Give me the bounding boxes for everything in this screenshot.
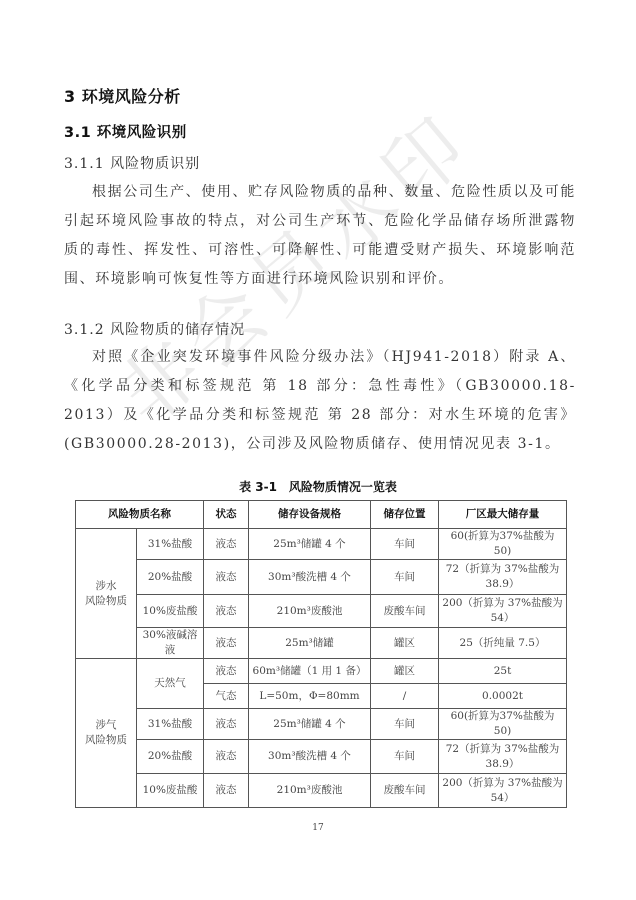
state-cell: 液态 bbox=[204, 628, 249, 659]
subsection-heading-1: 3.1.1 风险物质识别 bbox=[64, 153, 200, 173]
state-cell: 液态 bbox=[204, 659, 249, 684]
spec-cell: 210m³废酸池 bbox=[249, 595, 371, 628]
header-spec: 储存设备规格 bbox=[249, 501, 371, 529]
substance-cell: 10%废盐酸 bbox=[137, 595, 204, 628]
table-row: 20%盐酸 液态 30m³酸洗槽 4 个 车间 72（折算为 37%盐酸为 38… bbox=[76, 740, 567, 774]
max-storage-cell: 72（折算为 37%盐酸为 38.9） bbox=[439, 740, 567, 774]
table-row: 涉水 风险物质 31%盐酸 液态 25m³储罐 4 个 车间 60(折算为37%… bbox=[76, 529, 567, 560]
spec-cell: 210m³废酸池 bbox=[249, 774, 371, 808]
table-header-row: 风险物质名称 状态 储存设备规格 储存位置 厂区最大储存量 bbox=[76, 501, 567, 529]
state-cell: 气态 bbox=[204, 684, 249, 709]
table-row: 30%液碱溶液 液态 25m³储罐 罐区 25（折纯量 7.5） bbox=[76, 628, 567, 659]
category-cell: 涉水 风险物质 bbox=[76, 529, 137, 659]
max-storage-cell: 60(折算为37%盐酸为 50) bbox=[439, 709, 567, 740]
substance-cell: 10%废盐酸 bbox=[137, 774, 204, 808]
state-cell: 液态 bbox=[204, 774, 249, 808]
location-cell: 车间 bbox=[371, 740, 439, 774]
table-row: 31%盐酸 液态 25m³储罐 4 个 车间 60(折算为37%盐酸为 50) bbox=[76, 709, 567, 740]
location-cell: 车间 bbox=[371, 529, 439, 560]
spec-cell: 30m³酸洗槽 4 个 bbox=[249, 560, 371, 595]
header-substance: 风险物质名称 bbox=[76, 501, 204, 529]
location-cell: 车间 bbox=[371, 709, 439, 740]
location-cell: 罐区 bbox=[371, 628, 439, 659]
substance-cell: 天然气 bbox=[137, 659, 204, 709]
location-cell: 废酸车间 bbox=[371, 774, 439, 808]
substance-cell: 31%盐酸 bbox=[137, 709, 204, 740]
max-storage-cell: 200（折算为 37%盐酸为 54） bbox=[439, 595, 567, 628]
paragraph-storage: 对照《企业突发环境事件风险分级办法》（HJ941-2018）附录 A、《化学品分… bbox=[64, 343, 576, 459]
header-location: 储存位置 bbox=[371, 501, 439, 529]
max-storage-cell: 25t bbox=[439, 659, 567, 684]
section-heading: 3.1 环境风险识别 bbox=[64, 121, 187, 142]
header-state: 状态 bbox=[204, 501, 249, 529]
category-cell: 涉气 风险物质 bbox=[76, 659, 137, 808]
max-storage-cell: 200（折算为 37%盐酸为 54） bbox=[439, 774, 567, 808]
chapter-heading: 3 环境风险分析 bbox=[64, 84, 181, 107]
location-cell: / bbox=[371, 684, 439, 709]
paragraph-risk-identification: 根据公司生产、使用、贮存风险物质的品种、数量、危险性质以及可能引起环境风险事故的… bbox=[64, 178, 576, 294]
substance-cell: 30%液碱溶液 bbox=[137, 628, 204, 659]
header-max-storage: 厂区最大储存量 bbox=[439, 501, 567, 529]
max-storage-cell: 72（折算为 37%盐酸为 38.9） bbox=[439, 560, 567, 595]
location-cell: 车间 bbox=[371, 560, 439, 595]
state-cell: 液态 bbox=[204, 595, 249, 628]
risk-substance-table: 风险物质名称 状态 储存设备规格 储存位置 厂区最大储存量 涉水 风险物质 31… bbox=[75, 500, 567, 808]
table-row: 10%废盐酸 液态 210m³废酸池 废酸车间 200（折算为 37%盐酸为 5… bbox=[76, 774, 567, 808]
spec-cell: 25m³储罐 bbox=[249, 628, 371, 659]
state-cell: 液态 bbox=[204, 740, 249, 774]
max-storage-cell: 0.0002t bbox=[439, 684, 567, 709]
document-page: 非会员水印 3 环境风险分析 3.1 环境风险识别 3.1.1 风险物质识别 根… bbox=[0, 0, 636, 900]
substance-cell: 20%盐酸 bbox=[137, 740, 204, 774]
substance-cell: 31%盐酸 bbox=[137, 529, 204, 560]
subsection-heading-2: 3.1.2 风险物质的储存情况 bbox=[64, 319, 245, 339]
spec-cell: 25m³储罐 4 个 bbox=[249, 529, 371, 560]
max-storage-cell: 25（折纯量 7.5） bbox=[439, 628, 567, 659]
table-row: 10%废盐酸 液态 210m³废酸池 废酸车间 200（折算为 37%盐酸为 5… bbox=[76, 595, 567, 628]
location-cell: 废酸车间 bbox=[371, 595, 439, 628]
state-cell: 液态 bbox=[204, 560, 249, 595]
spec-cell: 60m³储罐（1 用 1 备） bbox=[249, 659, 371, 684]
spec-cell: 25m³储罐 4 个 bbox=[249, 709, 371, 740]
state-cell: 液态 bbox=[204, 529, 249, 560]
table-row: 20%盐酸 液态 30m³酸洗槽 4 个 车间 72（折算为 37%盐酸为 38… bbox=[76, 560, 567, 595]
page-number: 17 bbox=[0, 823, 636, 833]
location-cell: 罐区 bbox=[371, 659, 439, 684]
substance-cell: 20%盐酸 bbox=[137, 560, 204, 595]
spec-cell: L=50m，Φ=80mm bbox=[249, 684, 371, 709]
table-row: 涉气 风险物质 天然气 液态 60m³储罐（1 用 1 备） 罐区 25t bbox=[76, 659, 567, 684]
table-caption: 表 3-1 风险物质情况一览表 bbox=[0, 478, 636, 495]
spec-cell: 30m³酸洗槽 4 个 bbox=[249, 740, 371, 774]
max-storage-cell: 60(折算为37%盐酸为 50) bbox=[439, 529, 567, 560]
state-cell: 液态 bbox=[204, 709, 249, 740]
